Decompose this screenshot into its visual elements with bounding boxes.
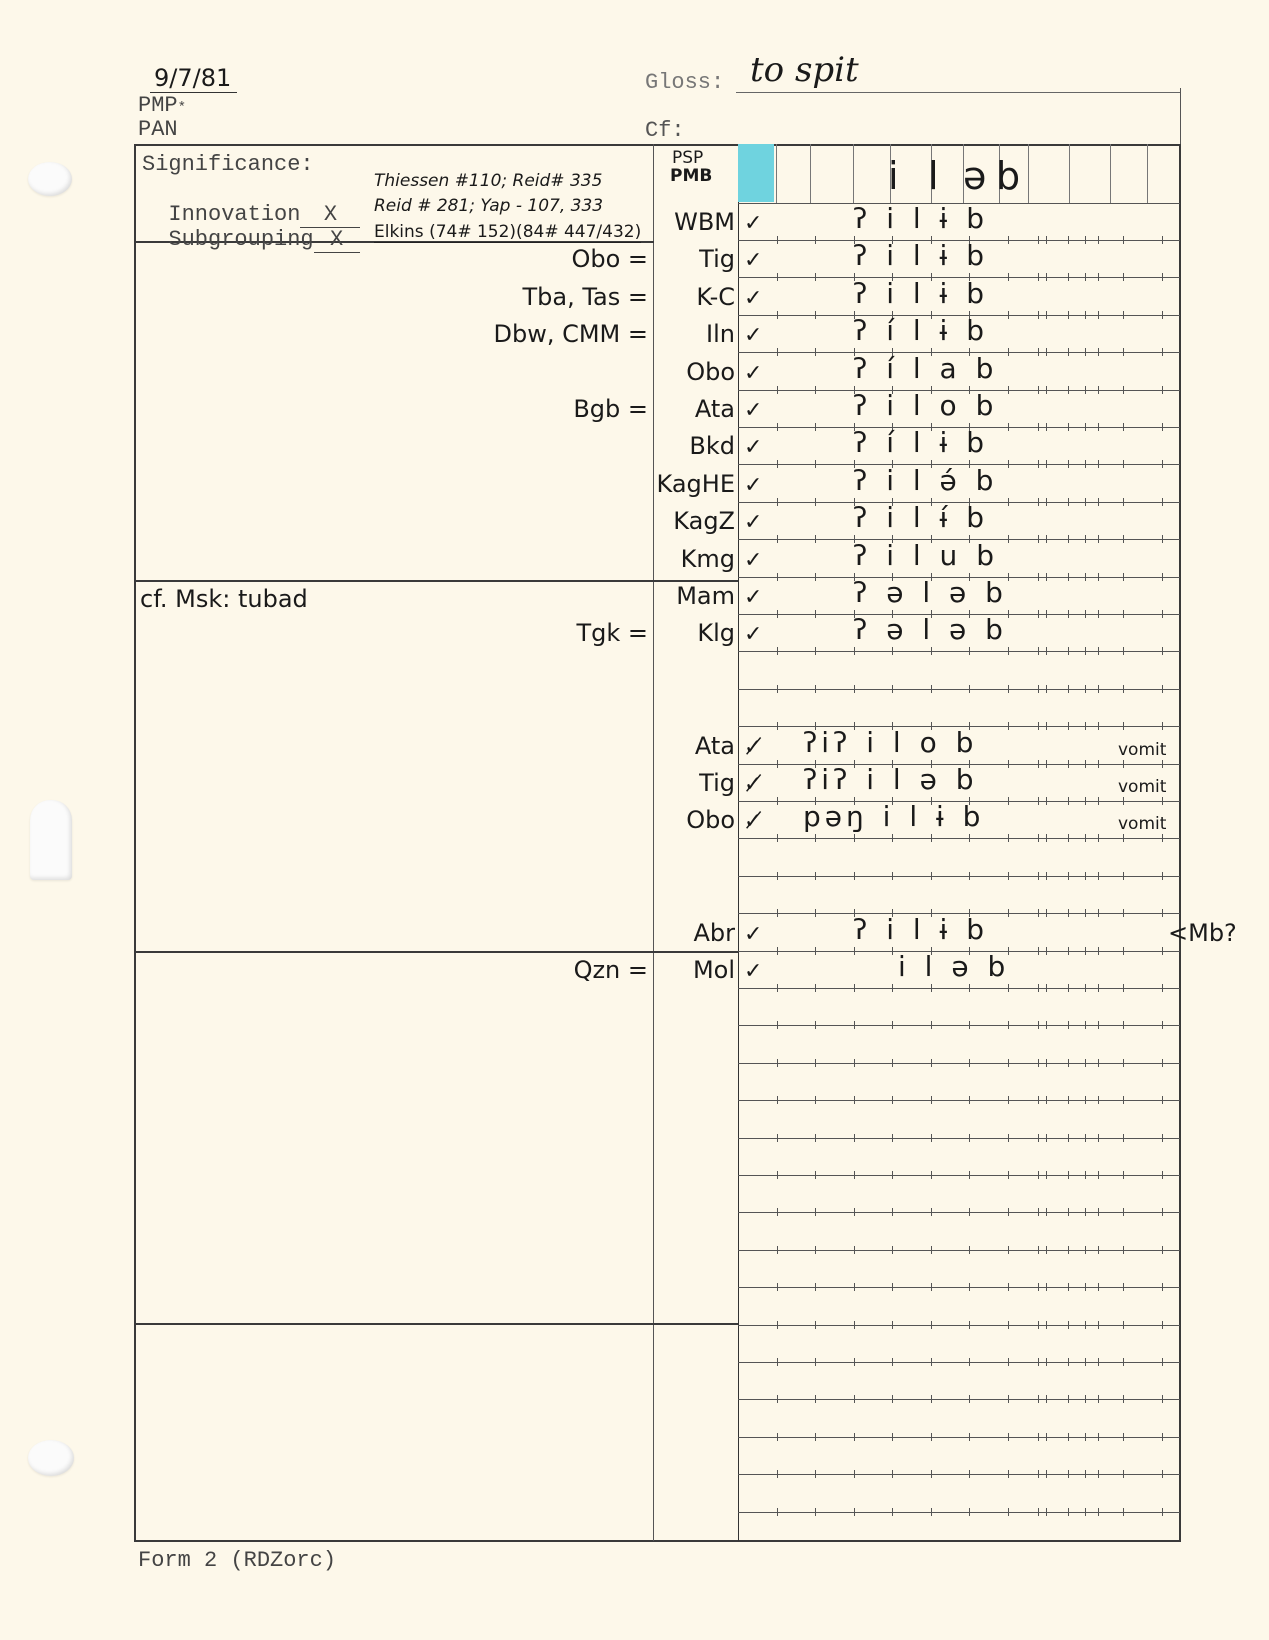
- grid-tick: [854, 1171, 855, 1179]
- empty-row-rule: [738, 1175, 1180, 1176]
- grid-tick: [1046, 1246, 1047, 1254]
- reflex-form: ʔiʔ i l o b: [803, 726, 977, 759]
- grid-tick: [1008, 1208, 1009, 1216]
- check-mark[interactable]: ✓: [744, 248, 762, 273]
- grid-tick: [1038, 1171, 1039, 1179]
- grid-tick: [1162, 1321, 1163, 1329]
- reference-3: Elkins (74# 152)(84# 447/432): [374, 222, 641, 243]
- empty-row-rule: [738, 1325, 1180, 1326]
- grid-tick: [1046, 1321, 1047, 1329]
- grid-tick: [1123, 1433, 1124, 1441]
- grid-tick: [1098, 1171, 1099, 1179]
- grid-tick: [1038, 1508, 1039, 1516]
- grid-tick: [1068, 1246, 1069, 1254]
- grid-tick: [854, 1021, 855, 1029]
- grid-tick: [1038, 1096, 1039, 1104]
- grid-tick: [1098, 1358, 1099, 1366]
- grid-tick: [1068, 1134, 1069, 1142]
- grid-tick: [854, 1283, 855, 1291]
- grid-tick: [969, 1433, 970, 1441]
- grid-tick: [1068, 1508, 1069, 1516]
- grid-tick: [892, 1208, 893, 1216]
- check-mark[interactable]: ✓̸: [744, 735, 762, 760]
- reflex-form: pəŋ i l ɨ b: [803, 800, 984, 833]
- language-label: Mam: [676, 582, 735, 610]
- grid-tick: [969, 1171, 970, 1179]
- reflex-form: i l ə b: [898, 950, 1009, 983]
- grid-tick: [1046, 1433, 1047, 1441]
- grid-tick: [1098, 1208, 1099, 1216]
- subgrouping-label: Subgrouping: [168, 227, 313, 252]
- reflex-form: ʔ i l ɨ b: [853, 913, 988, 946]
- grid-tick: [892, 1283, 893, 1291]
- empty-row-rule: [738, 1437, 1180, 1438]
- grid-tick: [931, 1358, 932, 1366]
- grid-tick: [1123, 1321, 1124, 1329]
- empty-row-rule: [738, 1287, 1180, 1288]
- grid-tick: [892, 1433, 893, 1441]
- proto-segment: ə: [963, 154, 986, 198]
- grid-tick: [1046, 1470, 1047, 1478]
- language-label: Ata: [695, 395, 735, 423]
- grid-tick: [1098, 1433, 1099, 1441]
- grid-tick: [969, 1021, 970, 1029]
- grid-tick: [1038, 1470, 1039, 1478]
- language-label: Tig: [699, 245, 735, 273]
- grid-tick: [1068, 1395, 1069, 1403]
- grid-tick: [1008, 1134, 1009, 1142]
- grid-tick: [777, 1096, 778, 1104]
- grid-tick: [1085, 1059, 1086, 1067]
- grid-tick: [1085, 1208, 1086, 1216]
- equivalence-label: Tgk =: [576, 619, 648, 647]
- reflex-row[interactable]: [738, 879, 1180, 913]
- grid-tick: [854, 1246, 855, 1254]
- grid-tick: [1008, 1059, 1009, 1067]
- grid-tick: [1123, 1358, 1124, 1366]
- grid-tick: [1085, 1171, 1086, 1179]
- meaning-note: vomit: [1118, 814, 1166, 834]
- reference-2: Reid # 281; Yap - 107, 333: [374, 196, 603, 216]
- empty-row-rule: [738, 1362, 1180, 1363]
- grid-tick: [969, 1395, 970, 1403]
- grid-tick: [892, 1134, 893, 1142]
- proto-form-row: iləb: [738, 144, 1180, 204]
- grid-tick: [969, 1358, 970, 1366]
- grid-tick: [892, 1021, 893, 1029]
- reflex-form: ʔ ə l ə b: [853, 613, 1007, 646]
- grid-tick: [1085, 1096, 1086, 1104]
- proto-cell-divider: [1028, 144, 1029, 203]
- grid-tick: [1098, 1059, 1099, 1067]
- grid-tick: [1038, 1246, 1039, 1254]
- grid-tick: [1123, 1021, 1124, 1029]
- reflex-form: ʔ i l ɨ́ b: [853, 501, 988, 534]
- cf-label: Cf:: [645, 118, 685, 143]
- grid-tick: [892, 1358, 893, 1366]
- grid-tick: [815, 1134, 816, 1142]
- gloss-underline: [736, 92, 1181, 93]
- level-pan: PAN: [138, 117, 178, 142]
- check-mark[interactable]: ✓: [744, 585, 762, 610]
- reflex-row-rule: [738, 876, 1180, 877]
- reflex-row-rule: [738, 689, 1180, 690]
- cf-note: cf. Msk: tubad: [140, 585, 308, 613]
- grid-tick: [777, 1059, 778, 1067]
- check-mark[interactable]: ✓: [744, 959, 762, 984]
- grid-tick: [1162, 1021, 1163, 1029]
- meaning-note: vomit: [1118, 740, 1166, 760]
- grid-tick: [1162, 1395, 1163, 1403]
- grid-tick: [1123, 1508, 1124, 1516]
- proto-cell-divider: [853, 144, 854, 203]
- grid-tick: [1098, 1134, 1099, 1142]
- check-mark[interactable]: ✓̸: [744, 809, 762, 834]
- grid-tick: [1068, 1059, 1069, 1067]
- language-label: KagZ: [673, 507, 735, 535]
- grid-tick: [1038, 1358, 1039, 1366]
- grid-tick: [854, 1395, 855, 1403]
- grid-tick: [1008, 1246, 1009, 1254]
- grid-tick: [931, 1096, 932, 1104]
- grid-tick: [1008, 1358, 1009, 1366]
- grid-tick: [1098, 1246, 1099, 1254]
- grid-tick: [1008, 1021, 1009, 1029]
- grid-tick: [1085, 1283, 1086, 1291]
- reflex-form: ʔ í l a b: [853, 352, 997, 385]
- reflex-form: ʔ i l ə́ b: [853, 464, 997, 497]
- grid-tick: [1068, 1021, 1069, 1029]
- check-mark[interactable]: ✓: [744, 622, 762, 647]
- grid-tick: [892, 1321, 893, 1329]
- language-label: Tig: [699, 769, 735, 797]
- check-mark[interactable]: ✓: [744, 473, 762, 498]
- grid-tick: [1068, 1321, 1069, 1329]
- form-bottom-border: [134, 1540, 1181, 1542]
- grid-tick: [892, 1508, 893, 1516]
- grid-tick: [969, 1321, 970, 1329]
- language-label: Bkd: [689, 432, 735, 460]
- check-mark[interactable]: ✓: [744, 398, 762, 423]
- empty-row-rule: [738, 1063, 1180, 1064]
- grid-tick: [1008, 1321, 1009, 1329]
- grid-tick: [1162, 1208, 1163, 1216]
- check-mark[interactable]: ✓: [744, 361, 762, 386]
- proto-highlight-cell: [738, 144, 774, 202]
- grid-tick: [1068, 1096, 1069, 1104]
- grid-tick: [892, 1096, 893, 1104]
- grid-tick: [1123, 1134, 1124, 1142]
- grid-tick: [931, 1321, 932, 1329]
- grid-tick: [777, 1283, 778, 1291]
- reflex-form: ʔ i l u b: [853, 539, 998, 572]
- reflex-row-rule: [738, 651, 1180, 652]
- grid-tick: [931, 1171, 932, 1179]
- grid-tick: [1038, 1283, 1039, 1291]
- reflex-row[interactable]: [738, 692, 1180, 726]
- grid-tick: [1068, 1358, 1069, 1366]
- grid-tick: [1098, 1283, 1099, 1291]
- grid-tick: [1008, 1395, 1009, 1403]
- reflex-form: ʔ i l ɨ b: [853, 277, 988, 310]
- label-column-divider: [653, 144, 654, 1541]
- source-note: <Mb?: [1168, 919, 1237, 947]
- proto-label-top: PSP: [672, 148, 703, 168]
- subgrouping-value: X: [330, 227, 343, 252]
- check-mark[interactable]: ✓: [744, 548, 762, 573]
- grid-tick: [969, 1059, 970, 1067]
- grid-tick: [931, 1059, 932, 1067]
- proto-segment: l: [928, 154, 939, 198]
- reflex-row[interactable]: [738, 842, 1180, 876]
- grid-tick: [1046, 1395, 1047, 1403]
- grid-tick: [815, 1470, 816, 1478]
- grid-tick: [777, 1246, 778, 1254]
- level-pmp: PMP*: [138, 93, 186, 118]
- grid-tick: [1068, 1171, 1069, 1179]
- grid-tick: [1008, 1096, 1009, 1104]
- check-mark[interactable]: ✓: [744, 922, 762, 947]
- grid-tick: [1008, 1171, 1009, 1179]
- grid-tick: [1046, 1059, 1047, 1067]
- language-label: Abr: [693, 919, 735, 947]
- grid-tick: [1085, 1321, 1086, 1329]
- grid-tick: [854, 1470, 855, 1478]
- grid-tick: [815, 1208, 816, 1216]
- reflex-row-rule: [738, 838, 1180, 839]
- grid-tick: [777, 1508, 778, 1516]
- grid-tick: [815, 1358, 816, 1366]
- grid-tick: [969, 1283, 970, 1291]
- proto-cell-divider: [776, 144, 777, 203]
- grid-tick: [777, 1358, 778, 1366]
- grid-tick: [931, 1208, 932, 1216]
- grid-tick: [777, 1395, 778, 1403]
- grid-tick: [815, 1321, 816, 1329]
- grid-tick: [815, 1508, 816, 1516]
- form-label: Form 2 (RDZorc): [138, 1548, 336, 1573]
- grid-tick: [931, 1134, 932, 1142]
- section-divider-3: [134, 951, 738, 953]
- grid-tick: [815, 1395, 816, 1403]
- check-mark[interactable]: ✓: [744, 435, 762, 460]
- grid-tick: [969, 1208, 970, 1216]
- subgrouping-row: SubgroupingX: [142, 202, 360, 253]
- language-label: Klg: [697, 619, 735, 647]
- grid-tick: [969, 1096, 970, 1104]
- empty-row-rule: [738, 1100, 1180, 1101]
- grid-tick: [1123, 1246, 1124, 1254]
- grid-tick: [1038, 1433, 1039, 1441]
- grid-tick: [1085, 1358, 1086, 1366]
- reflex-form: ʔ i l ɨ b: [853, 239, 988, 272]
- grid-tick: [1162, 1283, 1163, 1291]
- language-label: KagHE: [657, 470, 735, 498]
- grid-tick: [1038, 1059, 1039, 1067]
- grid-tick: [1162, 1171, 1163, 1179]
- grid-tick: [969, 1246, 970, 1254]
- empty-row-rule: [738, 1399, 1180, 1400]
- empty-row-rule: [738, 1212, 1180, 1213]
- grid-tick: [1085, 1134, 1086, 1142]
- grid-tick: [1098, 1395, 1099, 1403]
- check-mark[interactable]: ✓̸: [744, 772, 762, 797]
- grid-tick: [1098, 1470, 1099, 1478]
- proto-cell-divider: [1147, 144, 1148, 203]
- grid-tick: [892, 1395, 893, 1403]
- grid-tick: [1068, 1433, 1069, 1441]
- significance-title: Significance:: [142, 152, 314, 177]
- grid-tick: [1123, 1395, 1124, 1403]
- grid-tick: [854, 1508, 855, 1516]
- grid-tick: [1085, 1021, 1086, 1029]
- grid-tick: [1085, 1395, 1086, 1403]
- grid-tick: [1162, 1508, 1163, 1516]
- proto-segment: b: [996, 154, 1020, 198]
- grid-tick: [931, 1283, 932, 1291]
- grid-tick: [1046, 1171, 1047, 1179]
- grid-tick: [1046, 1208, 1047, 1216]
- grid-tick: [777, 1021, 778, 1029]
- equivalence-label: Tba, Tas =: [523, 283, 649, 311]
- grid-tick: [1098, 1508, 1099, 1516]
- binder-hole-bottom: [28, 1440, 74, 1476]
- language-label: Ata: [695, 732, 735, 760]
- equivalence-label: Obo =: [571, 245, 648, 273]
- grid-tick: [1162, 1246, 1163, 1254]
- check-mark[interactable]: ✓: [744, 323, 762, 348]
- level-pmp-label: PMP: [138, 93, 178, 118]
- grid-tick: [854, 1208, 855, 1216]
- grid-tick: [815, 1283, 816, 1291]
- grid-tick: [1038, 1321, 1039, 1329]
- grid-tick: [931, 1395, 932, 1403]
- language-label: Obo: [686, 358, 735, 386]
- empty-row-rule: [738, 1138, 1180, 1139]
- grid-tick: [1162, 1433, 1163, 1441]
- grid-tick: [931, 1508, 932, 1516]
- grid-tick: [931, 1433, 932, 1441]
- grid-tick: [1085, 1433, 1086, 1441]
- grid-tick: [1008, 1470, 1009, 1478]
- proto-cell-divider: [1110, 144, 1111, 203]
- grid-tick: [1085, 1508, 1086, 1516]
- subgrouping-field[interactable]: X: [314, 227, 360, 253]
- grid-tick: [1046, 1508, 1047, 1516]
- check-mark[interactable]: ✓: [744, 286, 762, 311]
- language-label: Mol: [693, 956, 735, 984]
- grid-tick: [1046, 1283, 1047, 1291]
- reflex-form: ʔ i l ɨ b: [853, 202, 988, 235]
- grid-tick: [1098, 1096, 1099, 1104]
- grid-tick: [777, 1208, 778, 1216]
- reflex-form: ʔ í l ɨ b: [853, 314, 988, 347]
- grid-tick: [1038, 1021, 1039, 1029]
- cf-note-text: cf. Msk: tubad: [140, 585, 308, 613]
- empty-row-rule: [738, 1474, 1180, 1475]
- language-label: WBM: [674, 208, 735, 236]
- grid-tick: [1162, 1134, 1163, 1142]
- grid-tick: [1123, 1283, 1124, 1291]
- grid-tick: [854, 1096, 855, 1104]
- check-mark[interactable]: ✓: [744, 510, 762, 535]
- meaning-note: vomit: [1118, 777, 1166, 797]
- grid-tick: [777, 1470, 778, 1478]
- reflex-form: ʔ i l o b: [853, 389, 997, 422]
- grid-tick: [777, 1134, 778, 1142]
- grid-tick: [892, 1171, 893, 1179]
- grid-tick: [1008, 1508, 1009, 1516]
- grid-tick: [1046, 1021, 1047, 1029]
- grid-tick: [892, 1470, 893, 1478]
- proto-cell-divider: [810, 144, 811, 203]
- equivalence-label: Bgb =: [573, 395, 648, 423]
- grid-tick: [815, 1171, 816, 1179]
- grid-tick: [815, 1059, 816, 1067]
- grid-tick: [777, 1321, 778, 1329]
- section-divider-4: [134, 1323, 738, 1325]
- grid-tick: [1098, 1021, 1099, 1029]
- grid-tick: [854, 1134, 855, 1142]
- proto-label-bottom: PMB: [670, 166, 712, 186]
- grid-tick: [1162, 1358, 1163, 1366]
- grid-tick: [854, 1321, 855, 1329]
- language-label: Obo: [686, 806, 735, 834]
- equivalence-label: Qzn =: [574, 956, 648, 984]
- date: 9/7/81: [150, 64, 237, 93]
- grid-tick: [854, 1059, 855, 1067]
- section-divider-2: [134, 580, 738, 582]
- grid-tick: [1068, 1208, 1069, 1216]
- gloss-value[interactable]: to spit: [750, 50, 859, 90]
- grid-tick: [1123, 1171, 1124, 1179]
- grid-tick: [777, 1433, 778, 1441]
- grid-tick: [1123, 1059, 1124, 1067]
- reflex-form: ʔ ə l ə b: [853, 576, 1007, 609]
- grid-tick: [815, 1096, 816, 1104]
- grid-tick: [1038, 1208, 1039, 1216]
- reflex-row-rule: [738, 988, 1180, 989]
- grid-tick: [815, 1433, 816, 1441]
- grid-tick: [931, 1470, 932, 1478]
- asterisk-mark: *: [178, 100, 186, 116]
- language-label: Iln: [706, 320, 735, 348]
- reference-1: Thiessen #110; Reid# 335: [374, 171, 602, 191]
- grid-tick: [854, 1358, 855, 1366]
- grid-tick: [1046, 1358, 1047, 1366]
- binder-hole-middle: [30, 800, 72, 880]
- grid-tick: [931, 1246, 932, 1254]
- grid-tick: [1038, 1134, 1039, 1142]
- grid-tick: [854, 1433, 855, 1441]
- grid-tick: [1046, 1134, 1047, 1142]
- grid-tick: [815, 1246, 816, 1254]
- grid-tick: [1068, 1470, 1069, 1478]
- grid-tick: [969, 1508, 970, 1516]
- gloss-right-border: [1180, 88, 1181, 146]
- grid-tick: [1123, 1470, 1124, 1478]
- grid-tick: [1123, 1096, 1124, 1104]
- reflex-form: ʔiʔ i l ə b: [803, 763, 978, 796]
- grid-tick: [1038, 1395, 1039, 1403]
- language-label: Kmg: [681, 545, 735, 573]
- gloss-label: Gloss:: [645, 70, 724, 95]
- reflex-row[interactable]: [738, 655, 1180, 689]
- grid-tick: [931, 1021, 932, 1029]
- empty-row-rule: [738, 1512, 1180, 1513]
- check-mark[interactable]: ✓: [744, 211, 762, 236]
- reflex-form: ʔ í l ɨ b: [853, 426, 988, 459]
